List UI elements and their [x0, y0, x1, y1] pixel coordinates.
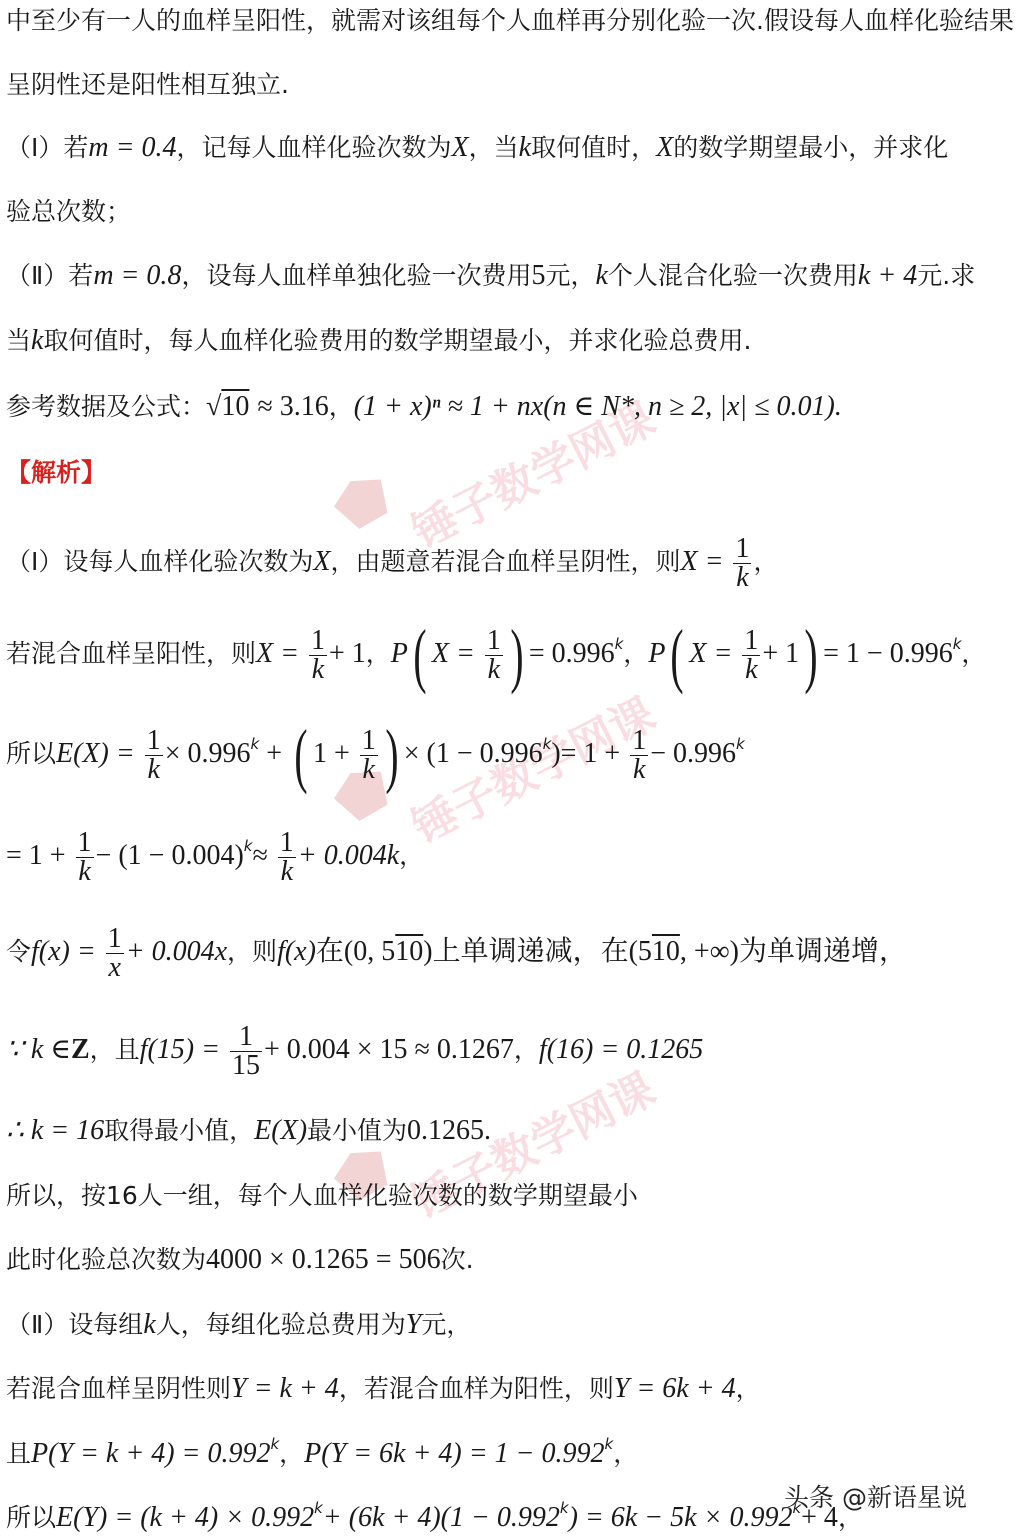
solution-line-2: 若混合血样呈阳性，则X = 1k+ 1，P(X = 1k)= 0.996k，P(… — [6, 624, 986, 685]
solution-line-6: ∵ k ∈Z，且f(15) = 115+ 0.004 × 15 ≈ 0.1267… — [6, 1020, 703, 1080]
text: ，当 — [469, 133, 519, 162]
watermark-logo-icon — [327, 468, 397, 535]
text: 取何值时， — [531, 133, 656, 162]
text: ， — [753, 547, 778, 576]
text: （Ⅰ）设每人血样化验次数为 — [6, 547, 313, 576]
text: 中至少有一人的血样呈阳性，就需对该组每个人血样再分别化验一次.假设每人血样化验结… — [6, 6, 1014, 35]
math: k — [31, 325, 43, 356]
math: m = 0.4 — [88, 132, 176, 163]
math: X — [313, 546, 330, 577]
part2-question: （Ⅱ）若m = 0.8，设每人血样单独化验一次费用5元，k个人混合化验一次费用k… — [6, 261, 975, 291]
part2-question-line2: 当k取何值时，每人血样化验费用的数学期望最小，并求化验总费用. — [6, 326, 751, 356]
text: 元.求 — [917, 261, 975, 290]
math: m = 0.8 — [93, 260, 181, 291]
text: （Ⅰ）若 — [6, 133, 88, 162]
text: 若混合血样呈阳性，则 — [6, 639, 256, 668]
math: X = — [681, 546, 724, 577]
math: X — [656, 132, 673, 163]
math: k + 4 — [858, 260, 917, 291]
solution-line-10: （Ⅱ）设每组k人，每组化验总费用为Y元， — [6, 1310, 471, 1340]
text: 当 — [6, 326, 31, 355]
solution-line-9: 此时化验总次数为4000 × 0.1265 = 506次. — [6, 1245, 474, 1275]
problem-line-2: 呈阴性还是阳性相互独立. — [6, 70, 289, 100]
solution-header: 【解析】 — [6, 458, 106, 488]
solution-line-7: ∴ k = 16取得最小值，E(X)最小值为0.1265. — [6, 1116, 491, 1146]
text: 的数学期望最小，并求化 — [673, 133, 948, 162]
math: (1 + x)ⁿ ≈ 1 + nx(n ∈ N*, n ≥ 2, |x| ≤ 0… — [354, 391, 842, 422]
text: （Ⅱ）若 — [6, 261, 93, 290]
math: X — [452, 132, 469, 163]
text: 验总次数； — [6, 197, 131, 226]
text: ，设每人血样单独化验一次费用 — [181, 261, 531, 290]
text: 取何值时，每人血样化验费用的数学期望最小，并求化验总费用. — [43, 326, 751, 355]
math: k — [519, 132, 531, 163]
reference-formulas: 参考数据及公式：√10 ≈ 3.16，(1 + x)ⁿ ≈ 1 + nx(n ∈… — [6, 392, 842, 422]
math: 10 — [221, 391, 249, 422]
text: ， — [329, 392, 354, 421]
part1-question: （Ⅰ）若m = 0.4，记每人血样化验次数为X，当k取何值时，X的数学期望最小，… — [6, 133, 948, 163]
problem-line-1: 中至少有一人的血样呈阳性，就需对该组每个人血样再分别化验一次.假设每人血样化验结… — [6, 6, 1014, 36]
part1-question-line2: 验总次数； — [6, 197, 131, 227]
solution-line-5: 令f(x) = 1x+ 0.004x，则f(x)在(0, 510)上单调递减，在… — [6, 922, 907, 982]
text: ，由题意若混合血样呈阴性，则 — [330, 547, 680, 576]
text: 呈阴性还是阳性相互独立. — [6, 70, 289, 99]
source-brand-watermark: 头条 @新语星说 — [784, 1478, 967, 1514]
text: 元， — [545, 261, 595, 290]
solution-line-11: 若混合血样呈阴性则Y = k + 4，若混合血样为阳性，则Y = 6k + 4， — [6, 1374, 761, 1404]
math: X = — [256, 638, 299, 669]
solution-line-12: 且P(Y = k + 4) = 0.992k，P(Y = 6k + 4) = 1… — [6, 1439, 638, 1469]
solution-line-1: （Ⅰ）设每人血样化验次数为X，由题意若混合血样呈阴性，则X = 1k， — [6, 532, 778, 592]
text: 参考数据及公式： — [6, 392, 206, 421]
solution-line-3: 所以E(X) = 1k× 0.996k + (1 + 1k)× (1 − 0.9… — [6, 724, 745, 785]
math: 5 — [531, 260, 545, 291]
solution-line-13: 所以E(Y) = (k + 4) × 0.992k+ (6k + 4)(1 − … — [6, 1503, 863, 1533]
text: 个人混合化验一次费用 — [608, 261, 858, 290]
solution-line-8: 所以，按16人一组，每个人血样化验次数的数学期望最小 — [6, 1181, 638, 1211]
fraction: 1k — [733, 535, 751, 592]
text: ，记每人血样化验次数为 — [177, 133, 452, 162]
solution-line-4: = 1 + 1k− (1 − 0.004)k≈ 1k+ 0.004k， — [6, 826, 424, 886]
math: k — [595, 260, 607, 291]
math: ≈ 3.16 — [257, 391, 328, 422]
